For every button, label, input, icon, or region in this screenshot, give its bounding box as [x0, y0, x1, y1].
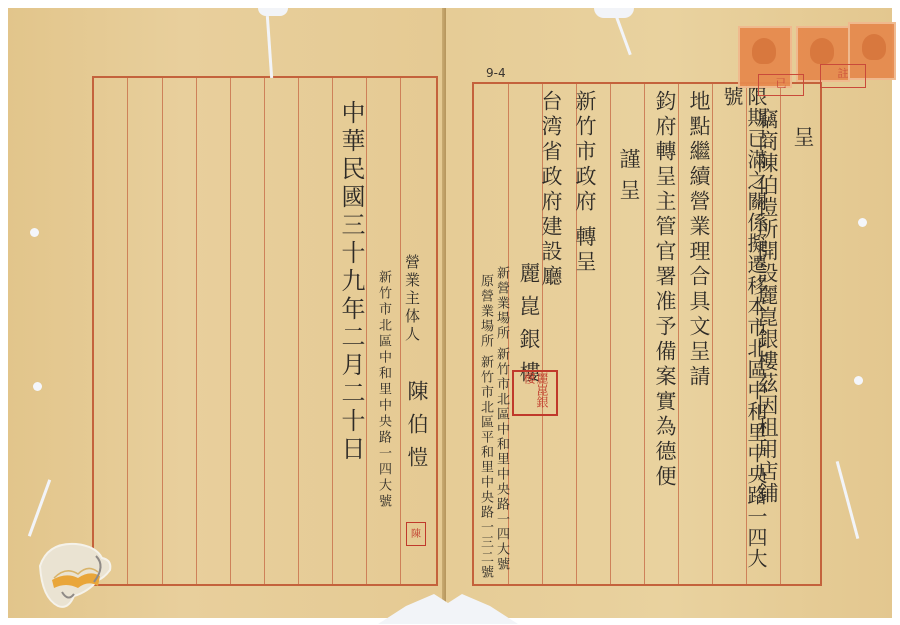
right-page: 9-4 呈 竊商陳伯愷所開設麗崑銀樓茲因租用店鋪 限期已滿之關係擬遷移本市北區中…: [446, 8, 892, 618]
recipient-hsinchu: 新竹市政府 轉呈: [572, 90, 598, 320]
cancel-mark-1: 已: [758, 74, 804, 96]
firm-seal: 麗崑銀樓: [512, 370, 558, 416]
owner-seal: 陳: [406, 522, 426, 546]
left-page: 中華民國三十九年二月二十日 新竹市北區中和里中央路一四大號 營業主体人 陳伯愷 …: [8, 8, 446, 618]
owner-name: 陳伯愷: [404, 380, 430, 510]
open-book-map-logo-icon: [28, 536, 118, 611]
owner-label: 營業主体人: [404, 254, 419, 374]
old-business-address: 原營業場所 新竹市北區平和里中央路一三二號: [478, 274, 493, 594]
closing-jin-cheng: 謹呈: [616, 148, 642, 210]
page-number: 9-4: [486, 66, 506, 80]
heading-cheng: 呈: [790, 126, 816, 148]
body-line-4: 鈞府轉呈主管官署准予備案實為德便: [652, 90, 678, 530]
owner-address: 新竹市北區中和里中央路一四大號: [376, 270, 391, 590]
body-line-3: 地點繼續營業理合具文呈請: [686, 90, 712, 420]
date-line: 中華民國三十九年二月二十日: [336, 100, 366, 570]
body-line-2: 限期已滿之關係擬遷移本市北區中和里中央路一四大號: [720, 86, 768, 586]
document-scan: 中華民國三十九年二月二十日 新竹市北區中和里中央路一四大號 營業主体人 陳伯愷 …: [8, 8, 892, 618]
new-business-address: 新營業場所 新竹市北區中和里中央路一四大號: [494, 266, 509, 586]
cancel-mark-2: 註: [820, 64, 866, 88]
